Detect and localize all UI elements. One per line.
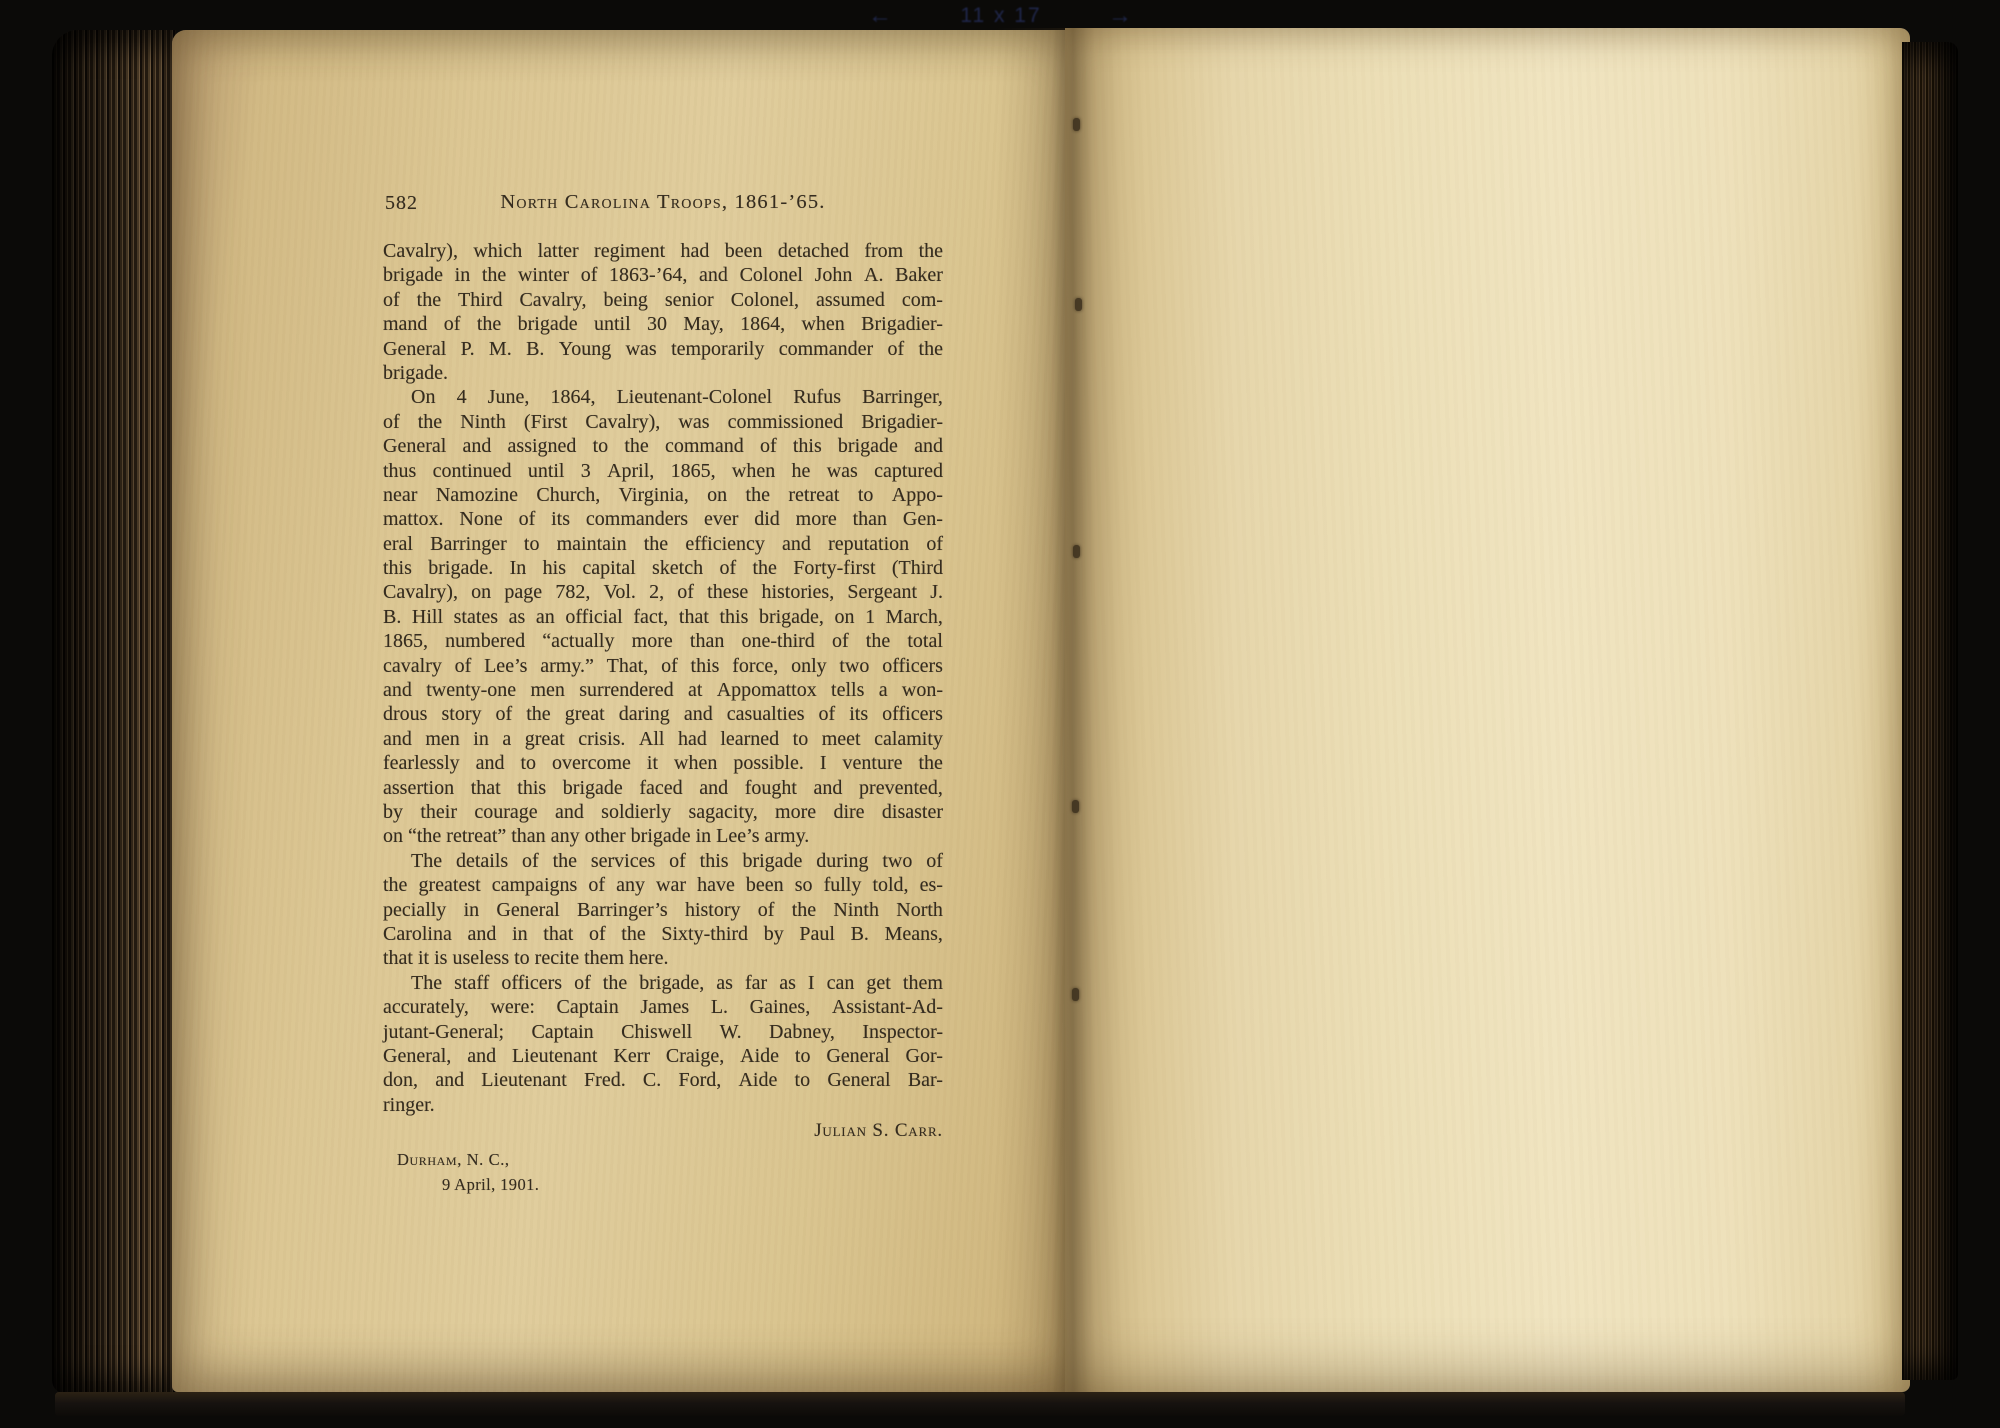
text-line: Cavalry),whichlatterregimenthadbeendetac…	[383, 239, 943, 263]
dateline-place: Durham, N. C.,	[397, 1150, 510, 1170]
text-line: nearNamozineChurch,Virginia,ontheretreat…	[383, 483, 943, 507]
text-line: that it is useless to recite them here.	[383, 946, 943, 970]
text-line: thegreatestcampaignsofanywarhavebeensofu…	[383, 873, 943, 897]
text-line: GeneralP.M.B.Youngwastemporarilycommande…	[383, 337, 943, 361]
right-arrow-icon: →	[1108, 2, 1134, 30]
paragraph: Thedetailsoftheservicesofthisbrigadeduri…	[383, 849, 943, 971]
left-arrow-icon: ←	[868, 2, 894, 30]
text-line: andtwenty-onemensurrenderedatAppomattoxt…	[383, 678, 943, 702]
page-number: 582	[385, 192, 418, 215]
right-page-blank	[1065, 28, 1910, 1392]
text-line: cavalryofLee’sarmy.”That,ofthisforce,onl…	[383, 654, 943, 678]
binding-stitch	[1073, 118, 1080, 131]
text-line: don,andLieutenantFred.C.Ford,AidetoGener…	[383, 1068, 943, 1092]
book-scan: ← 11 x 17 → 582 North Carolina Troops, 1…	[0, 0, 2000, 1428]
text-line: General,andLieutenantKerrCraige,AidetoGe…	[383, 1044, 943, 1068]
text-line: B.Hillstatesasanofficialfact,thatthisbri…	[383, 605, 943, 629]
text-line: On4June,1864,Lieutenant-ColonelRufusBarr…	[383, 385, 943, 409]
text-line: Thestaffofficersofthebrigade,asfarasIcan…	[383, 971, 943, 995]
text-line: Generalandassignedtothecommandofthisbrig…	[383, 434, 943, 458]
text-line: Cavalry),onpage782,Vol.2,ofthesehistorie…	[383, 580, 943, 604]
running-title: North Carolina Troops, 1861-’65.	[383, 191, 943, 214]
right-page-edges	[1902, 42, 1958, 1380]
paragraph: Thestaffofficersofthebrigade,asfarasIcan…	[383, 971, 943, 1117]
binding-stitch	[1072, 800, 1079, 813]
scanner-size-label: 11 x 17	[960, 4, 1041, 28]
text-line: on “the retreat” than any other brigade …	[383, 824, 943, 848]
text-line: 1865,numbered“actuallymorethanone-thirdo…	[383, 629, 943, 653]
text-line: jutant-General;CaptainChiswellW.Dabney,I…	[383, 1020, 943, 1044]
text-line: oftheNinth(FirstCavalry),wascommissioned…	[383, 410, 943, 434]
scanner-size-mark: ← 11 x 17 →	[868, 1, 1134, 31]
page-header: 582 North Carolina Troops, 1861-’65.	[383, 191, 943, 221]
left-page-edges	[52, 30, 176, 1394]
author-signature: Julian S. Carr.	[383, 1120, 943, 1142]
text-line: Thedetailsoftheservicesofthisbrigadeduri…	[383, 849, 943, 873]
text-line: andmeninagreatcrisis.Allhadlearnedtomeet…	[383, 727, 943, 751]
text-line: thisbrigade.InhiscapitalsketchoftheForty…	[383, 556, 943, 580]
paragraph: Cavalry),whichlatterregimenthadbeendetac…	[383, 239, 943, 385]
text-line: oftheThirdCavalry,beingseniorColonel,ass…	[383, 288, 943, 312]
text-line: bytheircourageandsoldierlysagacity,mored…	[383, 800, 943, 824]
text-line: brigadeinthewinterof1863-’64,andColonelJ…	[383, 263, 943, 287]
text-line: ringer.	[383, 1093, 943, 1117]
text-line: eralBarringertomaintaintheefficiencyandr…	[383, 532, 943, 556]
text-line: peciallyinGeneralBarringer’shistoryofthe…	[383, 898, 943, 922]
text-line: accurately,were:CaptainJamesL.Gaines,Ass…	[383, 995, 943, 1019]
text-line: assertionthatthisbrigadefacedandfoughtan…	[383, 776, 943, 800]
paragraph: On4June,1864,Lieutenant-ColonelRufusBarr…	[383, 385, 943, 848]
book-cover-edge	[55, 1392, 1905, 1416]
text-line: brigade.	[383, 361, 943, 385]
left-page: 582 North Carolina Troops, 1861-’65. Cav…	[172, 30, 1065, 1392]
text-line: fearlesslyandtoovercomeitwhenpossible.Iv…	[383, 751, 943, 775]
binding-stitch	[1073, 545, 1080, 558]
text-line: drousstoryofthegreatdaringandcasualtieso…	[383, 702, 943, 726]
text-line: thuscontinueduntil3April,1865,whenhewasc…	[383, 459, 943, 483]
binding-stitch	[1072, 988, 1079, 1001]
text-line: CarolinaandinthatoftheSixty-thirdbyPaulB…	[383, 922, 943, 946]
text-line: mattox.Noneofitscommanderseverdidmoretha…	[383, 507, 943, 531]
dateline-date: 9 April, 1901.	[442, 1175, 539, 1195]
body-text: Cavalry),whichlatterregimenthadbeendetac…	[383, 239, 943, 1117]
text-line: mandofthebrigadeuntil30May,1864,whenBrig…	[383, 312, 943, 336]
binding-stitch	[1075, 298, 1082, 311]
